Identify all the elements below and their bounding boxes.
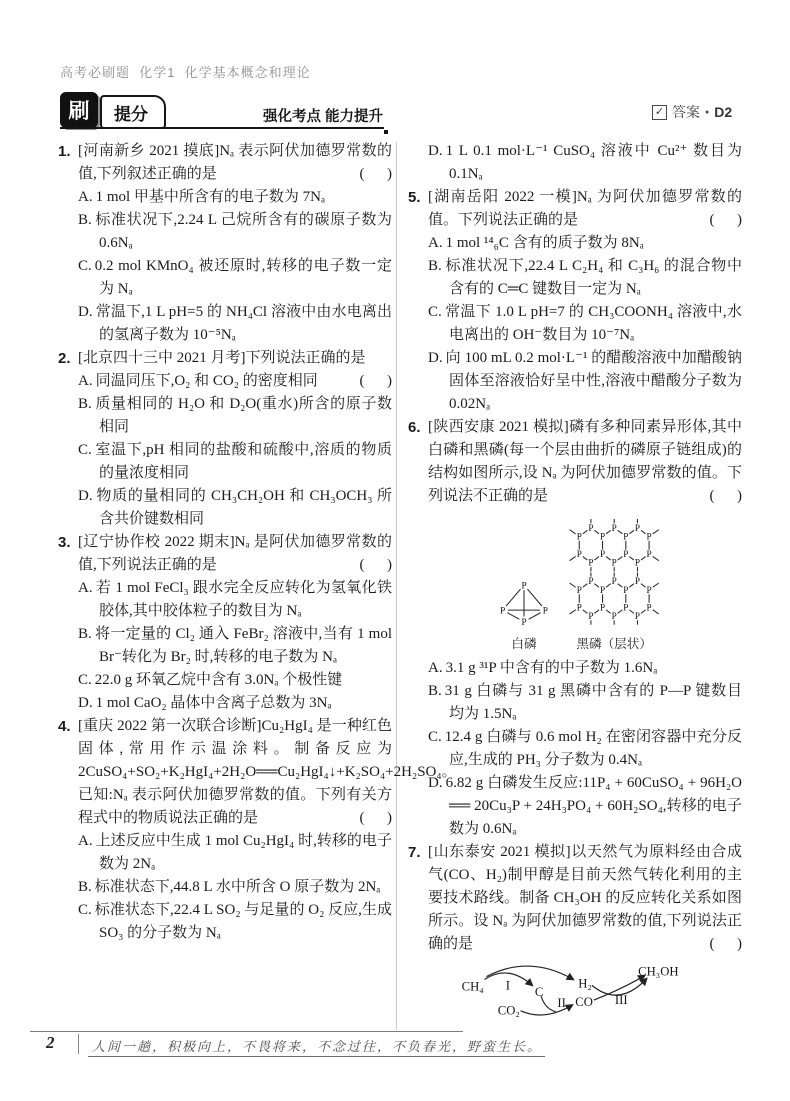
svg-text:P: P [647,585,652,595]
svg-text:P: P [635,576,640,586]
question-4: 4. [重庆 2022 第一次联合诊断]Cu₂HgI₄ 是一种红色固体,常用作示… [60,715,392,945]
node-co: CO [575,995,593,1009]
footer-rule-bottom [88,1056,545,1057]
answer-blank: ( ) [710,933,743,956]
question-7: 7. [山东泰安 2021 模拟]以天然气为原料经由合成气(CO、H₂)制甲醇是… [410,841,742,1045]
option-label: C. [78,672,92,688]
question-4-option-d: D.1 L 0.1 mol·L⁻¹ CuSO₄ 溶液中 Cu²⁺ 数目为 0.1… [428,140,742,186]
svg-text:P: P [577,549,582,559]
question-3-option-b: B.将一定量的 Cl₂ 通入 FeBr₂ 溶液中,当有 1 mol Br⁻转化为… [78,623,392,669]
svg-text:P: P [588,576,593,586]
question-1: 1. [河南新乡 2021 摸底]Nₐ 表示阿伏加德罗常数的值,下列叙述正确的是… [60,140,392,347]
question-5-option-c: C.常温下 1.0 L pH=7 的 CH₃COONH₄ 溶液中,水电离出的 O… [428,301,742,347]
question-4-option-c: C.标准状态下,22.4 L SO₂ 与足量的 O₂ 反应,生成 SO₃ 的分子… [78,899,392,945]
question-4-stem: [重庆 2022 第一次联合诊断]Cu₂HgI₄ 是一种红色固体,常用作示温涂料… [78,715,392,830]
question-6-stem: [陕西安康 2021 模拟]磷有多种同素异形体,其中白磷和黑磷(每一个层由曲折的… [428,416,742,508]
option-text: 1 mol 甲基中所含有的电子数为 7Nₐ [96,189,326,205]
node-co2: CO₂ [498,1004,520,1018]
svg-text:P: P [577,532,582,542]
option-label: D. [428,775,443,791]
question-3-source: [辽宁协作校 2022 期末] [78,534,235,550]
option-label: D. [78,695,93,711]
question-1-source: [河南新乡 2021 摸底] [78,143,219,159]
svg-text:P: P [612,576,617,586]
step-iii: III [615,993,628,1007]
question-6-number: 6. [408,416,421,439]
question-4-number: 4. [58,715,71,738]
option-text: 常温下 1.0 L pH=7 的 CH₃COONH₄ 溶液中,水电离出的 OH⁻… [445,304,742,343]
question-2-option-b: B.质量相同的 H₂O 和 D₂O(重水)所含的原子数相同 [78,393,392,439]
answer-code: D2 [714,104,732,120]
question-7-stem: [山东泰安 2021 模拟]以天然气为原料经由合成气(CO、H₂)制甲醇是目前天… [428,841,742,956]
svg-text:P: P [623,585,628,595]
option-label: D. [78,488,93,504]
white-phosphorus-structure: P P P P [497,580,550,628]
option-text: 若 1 mol FeCl₃ 跟水完全反应转化为氢氧化铁胶体,其中胶体粒子的数目为… [96,580,392,619]
svg-text:P: P [600,549,605,559]
svg-text:P: P [647,532,652,542]
question-7-source: [山东泰安 2021 模拟] [428,844,571,860]
option-label: B. [428,683,442,699]
column-divider [396,142,397,1030]
option-label: B. [428,258,442,274]
option-label: B. [78,396,92,412]
option-label: A. [78,373,93,389]
white-phosphorus-label: 白磷 [511,636,537,651]
option-label: A. [428,660,443,676]
svg-text:P: P [623,602,628,612]
svg-text:P: P [623,532,628,542]
question-1-option-b: B.标准状况下,2.24 L 己烷所含有的碳原子数为 0.6Nₐ [78,209,392,255]
step-i: I [506,978,510,992]
svg-text:P: P [600,532,605,542]
option-label: C. [428,729,442,745]
question-6-option-d: D.6.82 g 白磷发生反应:11P₄ + 60CuSO₄ + 96H₂O ═… [428,772,742,841]
answer-blank: ( ) [360,163,393,186]
phosphorus-structures-figure: P P P P PPPPPPPPPPPPPPPPPPPPPPPPPPPP 白磷 … [428,511,748,655]
svg-text:P: P [612,558,617,568]
svg-text:P: P [647,549,652,559]
black-phosphorus-label: 黑磷（层状） [576,636,652,651]
node-h2: H₂ [578,976,592,990]
question-4-stem-text: Cu₂HgI₄ 是一种红色固体,常用作示温涂料。制备反应为 2CuSO₄+SO₂… [78,718,457,826]
question-1-stem: [河南新乡 2021 摸底]Nₐ 表示阿伏加德罗常数的值,下列叙述正确的是( ) [78,140,392,186]
bullet-icon: ● [705,109,709,116]
option-text: 物质的量相同的 CH₃CH₂OH 和 CH₃OCH₃ 所含共价键数相同 [96,488,392,527]
svg-text:P: P [600,585,605,595]
option-text: 将一定量的 Cl₂ 通入 FeBr₂ 溶液中,当有 1 mol Br⁻转化为 B… [95,626,392,665]
option-text: 6.82 g 白磷发生反应:11P₄ + 60CuSO₄ + 96H₂O ══ … [446,775,742,837]
question-4-continued: D.1 L 0.1 mol·L⁻¹ CuSO₄ 溶液中 Cu²⁺ 数目为 0.1… [410,140,742,186]
option-text: 常温下,1 L pH=5 的 NH₄Cl 溶液中由水电离出的氢离子数为 10⁻⁵… [96,304,392,343]
svg-text:P: P [623,549,628,559]
option-text: 室温下,pH 相同的盐酸和硫酸中,溶质的物质的量浓度相同 [95,442,392,481]
left-column: 1. [河南新乡 2021 摸底]Nₐ 表示阿伏加德罗常数的值,下列叙述正确的是… [60,140,392,945]
question-5-number: 5. [408,186,421,209]
question-6-option-c: C.12.4 g 白磷与 0.6 mol H₂ 在密闭容器中充分反应,生成的 P… [428,726,742,772]
answer-blank: ( ) [360,370,393,393]
svg-text:P: P [612,611,617,621]
svg-text:P: P [600,602,605,612]
svg-text:P: P [635,611,640,621]
question-2-stem-text: 下列说法正确的是 [246,350,366,366]
question-1-option-d: D.常温下,1 L pH=5 的 NH₄Cl 溶液中由水电离出的氢离子数为 10… [78,301,392,347]
option-text: 31 g 白磷与 31 g 黑磷中含有的 P—P 键数目均为 1.5Nₐ [445,683,742,722]
section-rule [60,127,384,129]
checkbox-icon: ✓ [652,105,667,120]
black-phosphorus-structure: PPPPPPPPPPPPPPPPPPPPPPPPPPPP [570,519,659,625]
option-label: B. [78,212,92,228]
svg-text:P: P [635,523,640,533]
option-text: 同温同压下,O₂ 和 CO₂ 的密度相同 [96,373,318,389]
option-text: 22.0 g 环氧乙烷中含有 3.0Nₐ 个极性键 [95,672,342,688]
answer-blank: ( ) [360,554,393,577]
section-rule-end-dot [384,130,388,134]
option-text: 0.2 mol KMnO₄ 被还原时,转移的电子数一定为 Nₐ [95,258,392,297]
question-6-option-a: A.3.1 g ³¹P 中含有的中子数为 1.6Nₐ [428,657,742,680]
question-7-stem-text: 以天然气为原料经由合成气(CO、H₂)制甲醇是目前天然气转化利用的主要技术路线。… [428,844,742,952]
option-label: A. [428,235,443,251]
node-c: C [535,985,543,999]
answer-blank: ( ) [710,209,743,232]
option-label: A. [78,833,93,849]
option-label: A. [78,580,93,596]
option-label: B. [78,879,92,895]
option-label: C. [78,258,92,274]
answer-blank: ( ) [360,807,393,830]
question-3-stem: [辽宁协作校 2022 期末]Nₐ 是阿伏加德罗常数的值,下列说法正确的是( ) [78,531,392,577]
question-2-stem: [北京四十三中 2021 月考]下列说法正确的是( ) [78,347,392,370]
question-7-number: 7. [408,841,421,864]
question-5-stem: [湖南岳阳 2022 一模]Nₐ 为阿伏加德罗常数的值。下列说法正确的是( ) [428,186,742,232]
p-atom: P [521,617,526,627]
question-2-source: [北京四十三中 2021 月考] [78,350,246,366]
answer-label: 答案 [672,102,700,122]
svg-text:P: P [635,558,640,568]
question-3-option-c: C.22.0 g 环氧乙烷中含有 3.0Nₐ 个极性键 [78,669,392,692]
svg-text:P: P [588,558,593,568]
footer-rule-top [30,1031,463,1032]
question-2-number: 2. [58,347,71,370]
option-label: C. [428,304,442,320]
running-head: 高考必刷题 化学1 化学基本概念和理论 [60,62,311,81]
svg-text:P: P [647,602,652,612]
node-ch4: CH₄ [462,979,484,993]
question-6-source: [陕西安康 2021 模拟] [428,419,569,435]
question-3-option-d: D.1 mol CaO₂ 晶体中含离子总数为 3Nₐ [78,692,392,715]
svg-text:P: P [577,602,582,612]
methanol-conversion-diagram: CH₄ I C H₂ CH₃OH CO₂ II CO III [428,959,748,1045]
option-text: 1 mol CaO₂ 晶体中含离子总数为 3Nₐ [96,695,332,711]
option-label: D. [428,143,443,159]
option-label: D. [78,304,93,320]
answer-blank: ( ) [710,485,743,508]
p-atom: P [500,606,505,616]
question-2: 2. [北京四十三中 2021 月考]下列说法正确的是( ) A.同温同压下,O… [60,347,392,531]
option-text: 向 100 mL 0.2 mol·L⁻¹ 的醋酸溶液中加醋酸钠固体至溶液恰好呈中… [446,350,742,412]
question-5-option-a: A.1 mol ¹⁴₆C 含有的质子数为 8Nₐ [428,232,742,255]
option-label: A. [78,189,93,205]
question-5-source: [湖南岳阳 2022 一模] [428,189,577,205]
right-column: D.1 L 0.1 mol·L⁻¹ CuSO₄ 溶液中 Cu²⁺ 数目为 0.1… [410,140,742,1047]
question-5-option-d: D.向 100 mL 0.2 mol·L⁻¹ 的醋酸溶液中加醋酸钠固体至溶液恰好… [428,347,742,416]
brand-badge-char: 刷 [69,95,90,125]
option-text: 标准状况下,2.24 L 己烷所含有的碳原子数为 0.6Nₐ [95,212,392,251]
option-text: 1 L 0.1 mol·L⁻¹ CuSO₄ 溶液中 Cu²⁺ 数目为 0.1Nₐ [446,143,742,182]
question-4-option-a: A.上述反应中生成 1 mol Cu₂HgI₄ 时,转移的电子数为 2Nₐ [78,830,392,876]
question-6-option-b: B.31 g 白磷与 31 g 黑磷中含有的 P—P 键数目均为 1.5Nₐ [428,680,742,726]
svg-text:P: P [577,585,582,595]
option-text: 上述反应中生成 1 mol Cu₂HgI₄ 时,转移的电子数为 2Nₐ [96,833,392,872]
question-3-option-a: A.若 1 mol FeCl₃ 跟水完全反应转化为氢氧化铁胶体,其中胶体粒子的数… [78,577,392,623]
option-text: 3.1 g ³¹P 中含有的中子数为 1.6Nₐ [446,660,658,676]
option-text: 12.4 g 白磷与 0.6 mol H₂ 在密闭容器中充分反应,生成的 PH₃… [445,729,742,768]
question-5: 5. [湖南岳阳 2022 一模]Nₐ 为阿伏加德罗常数的值。下列说法正确的是(… [410,186,742,416]
question-2-option-c: C.室温下,pH 相同的盐酸和硫酸中,溶质的物质的量浓度相同 [78,439,392,485]
option-text: 标准状态下,22.4 L SO₂ 与足量的 O₂ 反应,生成 SO₃ 的分子数为… [95,902,392,941]
question-1-number: 1. [58,140,71,163]
question-4-option-b: B.标准状态下,44.8 L 水中所含 O 原子数为 2Nₐ [78,876,392,899]
option-text: 质量相同的 H₂O 和 D₂O(重水)所含的原子数相同 [95,396,392,435]
step-ii: II [557,996,565,1010]
option-text: 标准状况下,22.4 L C₂H₄ 和 C₃H₆ 的混合物中含有的 C═C 键数… [445,258,742,297]
svg-text:P: P [588,611,593,621]
question-6: 6. [陕西安康 2021 模拟]磷有多种同素异形体,其中白磷和黑磷(每一个层由… [410,416,742,841]
brand-badge: 刷 [60,92,98,128]
question-1-option-c: C.0.2 mol KMnO₄ 被还原时,转移的电子数一定为 Nₐ [78,255,392,301]
option-label: C. [78,902,92,918]
option-text: 标准状态下,44.8 L 水中所含 O 原子数为 2Nₐ [95,879,381,895]
node-ch3oh: CH₃OH [638,965,678,979]
answer-reference: ✓ 答案 ● D2 [652,102,732,122]
footer-divider [78,1034,79,1054]
svg-text:P: P [612,523,617,533]
section-tab: 提分 [100,95,166,129]
footer-motto: 人间一趟，积极向上，不畏将来，不念过往，不负春光，野蛮生长。 [92,1036,542,1055]
option-text: 1 mol ¹⁴₆C 含有的质子数为 8Nₐ [446,235,644,251]
p-atom: P [521,580,526,590]
question-2-option-d: D.物质的量相同的 CH₃CH₂OH 和 CH₃OCH₃ 所含共价键数相同 [78,485,392,531]
option-label: B. [78,626,92,642]
question-4-source: [重庆 2022 第一次联合诊断] [78,718,262,734]
section-subtitle: 强化考点 能力提升 [263,105,383,126]
question-3: 3. [辽宁协作校 2022 期末]Nₐ 是阿伏加德罗常数的值,下列说法正确的是… [60,531,392,715]
option-label: C. [78,442,92,458]
workbook-page: 高考必刷题 化学1 化学基本概念和理论 刷 提分 强化考点 能力提升 ✓ 答案 … [0,0,790,1101]
option-label: D. [428,350,443,366]
page-number: 2 [46,1033,55,1053]
question-5-option-b: B.标准状况下,22.4 L C₂H₄ 和 C₃H₆ 的混合物中含有的 C═C … [428,255,742,301]
question-1-option-a: A.1 mol 甲基中所含有的电子数为 7Nₐ [78,186,392,209]
p-atom: P [543,606,548,616]
svg-text:P: P [588,523,593,533]
question-2-option-a: A.同温同压下,O₂ 和 CO₂ 的密度相同 [78,370,392,393]
question-3-number: 3. [58,531,71,554]
